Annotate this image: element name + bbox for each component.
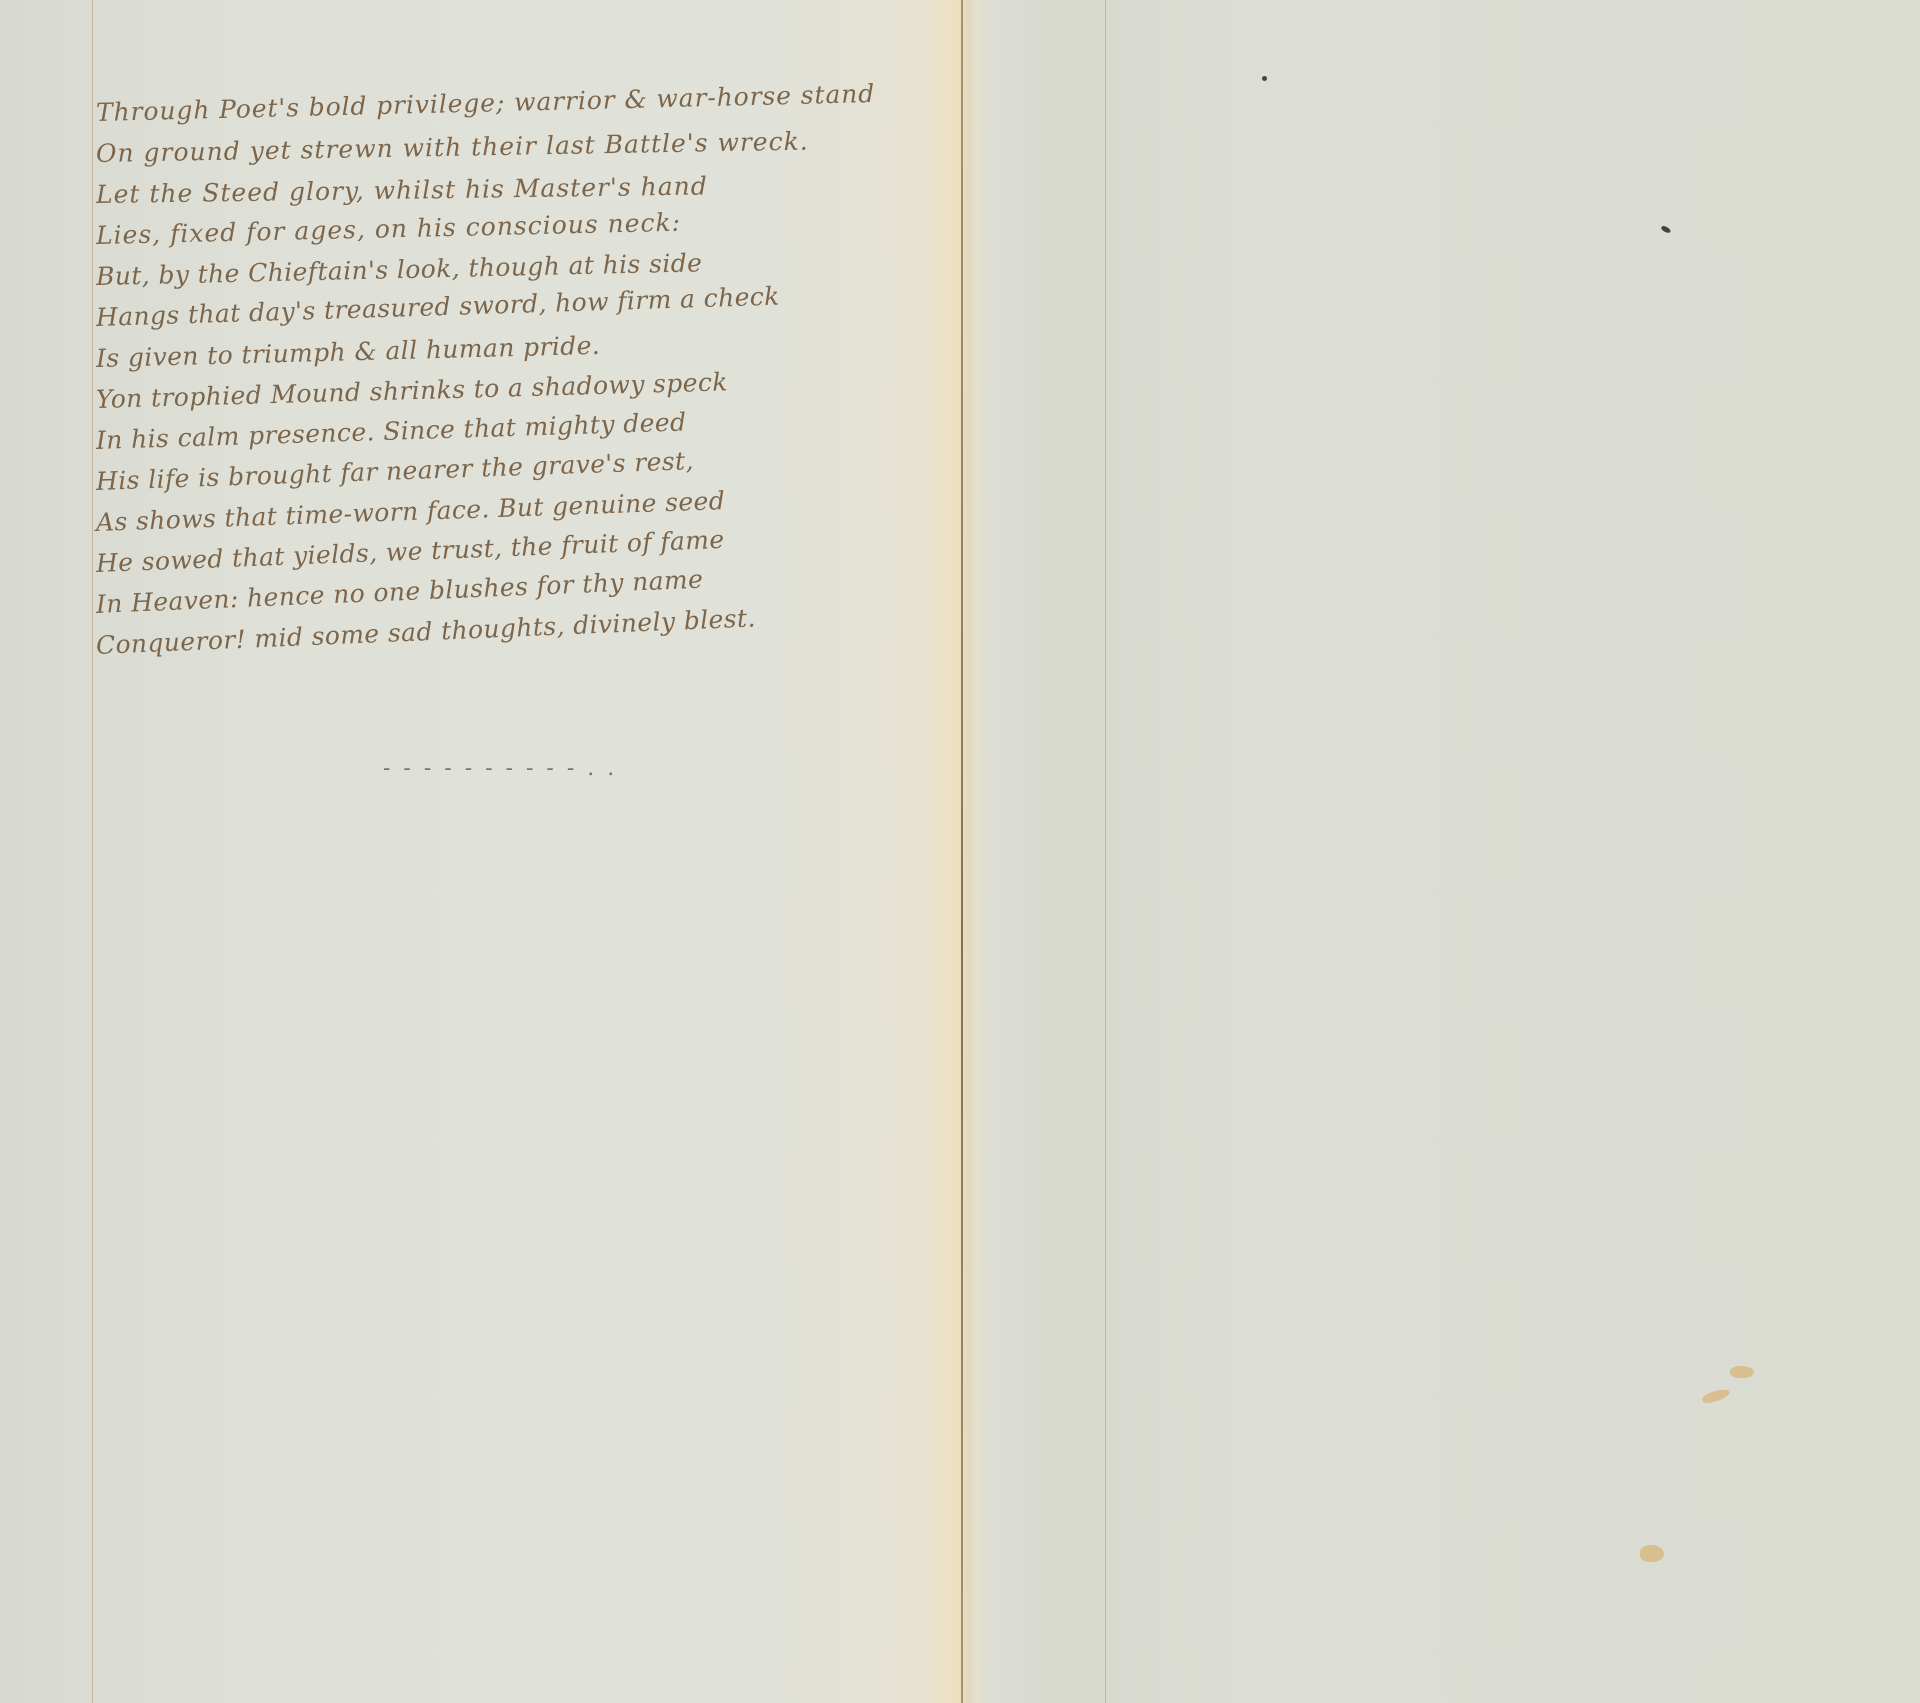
ink-speck [1262,76,1267,81]
gutter-fold [961,0,963,1703]
right-margin-rule [1105,0,1106,1703]
book-spread: Through Poet's bold privilege; warrior &… [0,0,1920,1703]
foxing-stain [1640,1545,1664,1562]
right-page-blank [963,0,1920,1703]
foxing-stain [1730,1366,1754,1378]
handwritten-verse: Through Poet's bold privilege; warrior &… [96,92,956,666]
left-margin-rule [92,0,93,1703]
end-of-poem-dashes: - - - - - - - - - - . . [383,756,617,781]
